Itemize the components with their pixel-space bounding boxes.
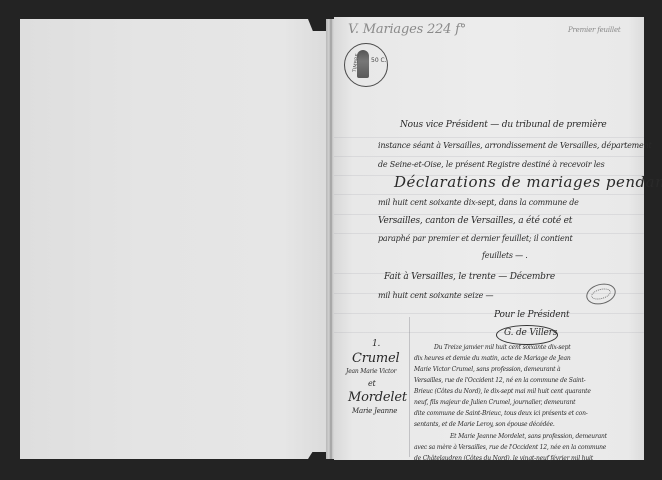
entry-line-8: sentants, et de Marie Leroy, son épouse … — [414, 421, 555, 428]
opening-line-2: instance séant à Versailles, arrondissem… — [378, 141, 652, 150]
bride-surname: Mordelet — [348, 390, 407, 405]
pencil-header: V. Mariages 224 f° — [348, 22, 466, 37]
entry-line-5: Brieuc (Côtes du Nord), le dix-sept mai … — [414, 388, 591, 395]
entry-line-6: neuf, fils majeur de Julien Crumel, jour… — [414, 399, 575, 406]
opening-line-3: de Seine-et-Oise, le présent Registre de… — [378, 160, 605, 169]
stamp-value: 50 C. — [371, 57, 387, 64]
opening-line-6: Versailles, canton de Versailles, a été … — [378, 216, 572, 226]
entry-line-10: avec sa mère à Versailles, rue de l'Occi… — [414, 444, 606, 451]
entry-number: 1. — [372, 339, 380, 349]
tax-stamp-icon: 50 C. TIMBRE — [344, 43, 388, 87]
ruled-line — [334, 214, 644, 215]
for-president-label: Pour le Président — [494, 310, 569, 320]
pencil-corner-note: Premier feuillet — [568, 26, 621, 34]
entry-line-9: Et Marie Jeanne Mordelet, sans professio… — [450, 433, 607, 440]
bride-given-names: Marie Jeanne — [352, 407, 397, 415]
opening-line-1: Nous vice Président — du tribunal de pre… — [400, 120, 607, 130]
closing-line-1: Fait à Versailles, le trente — Décembre — [384, 272, 555, 282]
entry-line-7: dite commune de Saint-Brieuc, tous deux … — [414, 410, 588, 417]
groom-surname: Crumel — [352, 351, 400, 366]
entry-line-1: Du Treize janvier mil huit cent soixante… — [434, 344, 570, 351]
president-signature: G. de Villers — [504, 328, 557, 338]
official-oval-stamp-icon — [584, 280, 618, 307]
register-title: Déclarations de mariages pendant l'année — [394, 173, 662, 191]
ruled-line — [334, 194, 644, 195]
ruled-line — [334, 137, 644, 138]
opening-line-7: paraphé par premier et dernier feuillet;… — [378, 234, 573, 243]
scanned-register-spread: V. Mariages 224 f° Premier feuillet 50 C… — [0, 0, 662, 480]
entry-line-4: Versailles, rue de l'Occident 12, né en … — [414, 377, 586, 384]
entry-line-2: dix heures et demie du matin, acte de Ma… — [414, 355, 571, 362]
entry-line-3: Marie Victor Crumel, sans profession, de… — [414, 366, 560, 373]
groom-given-names: Jean Marie Victor — [346, 368, 396, 375]
left-page-blank — [20, 19, 330, 459]
entry-line-11: de Châtelaudren (Côtes du Nord), le ving… — [414, 455, 593, 462]
opening-line-5: mil huit cent soixante dix-sept, dans la… — [378, 198, 579, 207]
margin-rule — [409, 317, 410, 457]
closing-line-2: mil huit cent soixante seize — — [378, 291, 493, 300]
ruled-line — [334, 313, 644, 314]
right-page: V. Mariages 224 f° Premier feuillet 50 C… — [334, 17, 644, 460]
conjunction: et — [368, 379, 376, 388]
ruled-line — [334, 156, 644, 157]
ruled-line — [334, 332, 644, 333]
opening-line-8: feuillets — . — [482, 251, 528, 260]
